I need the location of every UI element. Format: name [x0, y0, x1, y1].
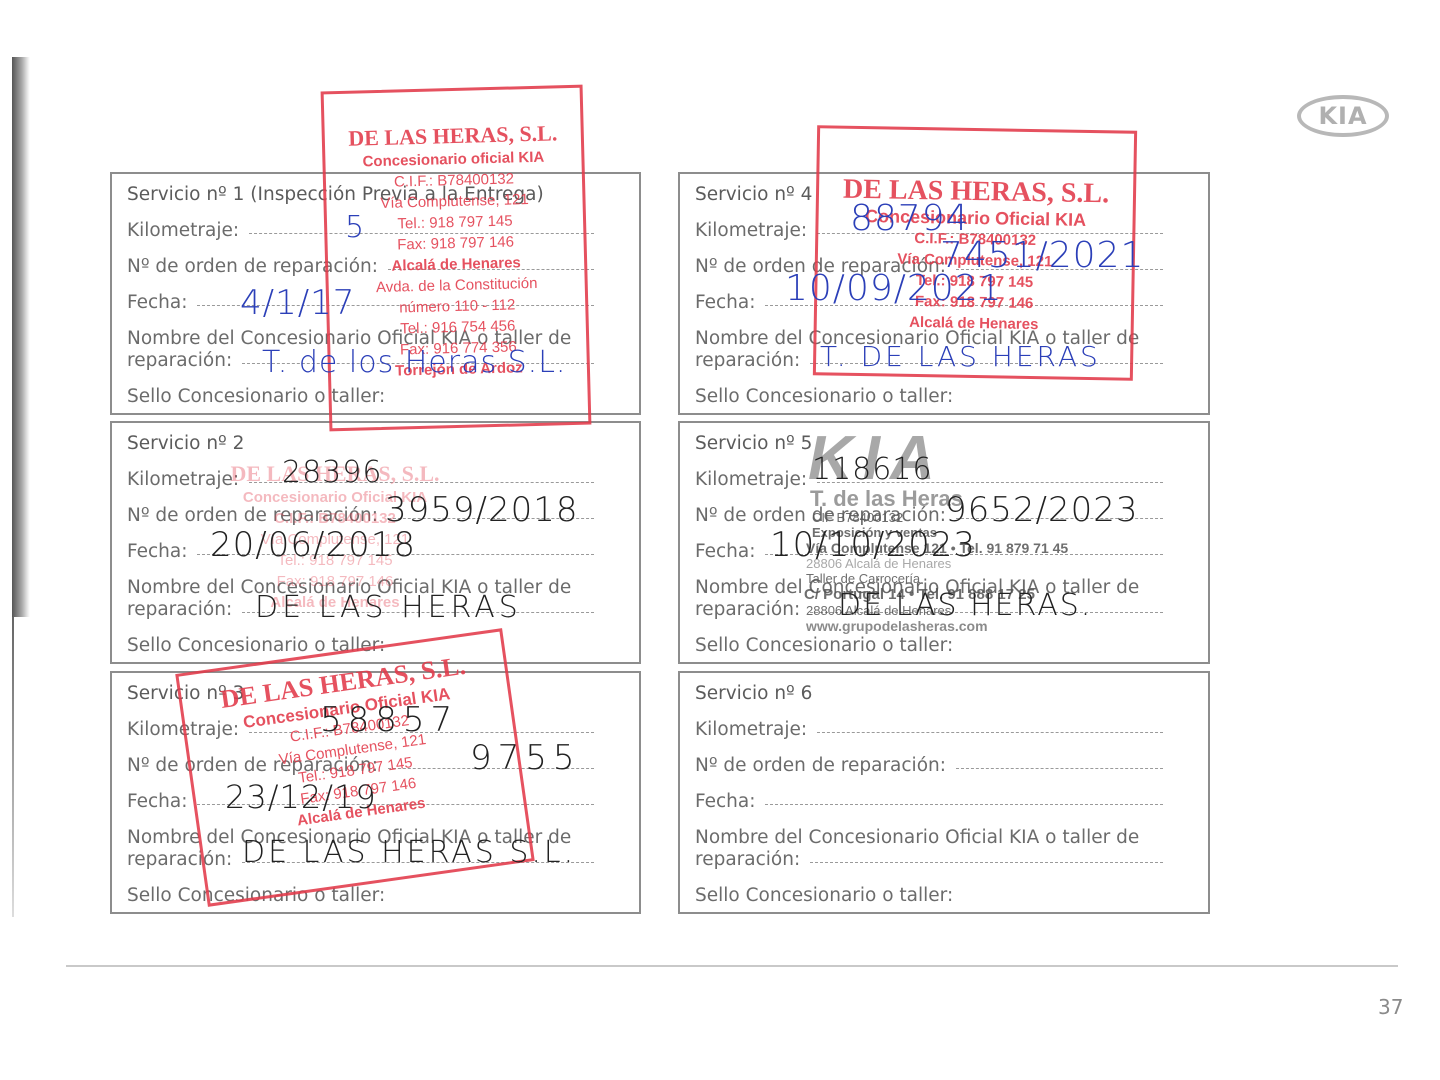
- handwritten-nombre-3: DE LAS HERAS S.L.: [242, 835, 576, 870]
- fecha-field[interactable]: Fecha:: [695, 791, 1163, 812]
- handwritten-nombre-2: DE LAS HERAS: [255, 590, 522, 625]
- page-number: 37: [1378, 995, 1403, 1019]
- service-card-6: Servicio nº 6 Kilometraje: Nº de orden d…: [678, 671, 1210, 914]
- card-title: Servicio nº 5: [695, 433, 812, 454]
- sello-label: Sello Concesionario o taller:: [127, 885, 594, 906]
- handwritten-fecha-4: 10/09/2021: [785, 268, 1003, 309]
- orden-field[interactable]: Nº de orden de reparación:: [695, 755, 1163, 776]
- kilometraje-field[interactable]: Kilometraje:: [695, 719, 1163, 740]
- handwritten-fecha-1: 4/1/17: [240, 283, 355, 323]
- handwritten-km-4: 88794: [850, 198, 970, 239]
- handwritten-fecha-2: 20/06/2018: [210, 525, 416, 565]
- card-title: Servicio nº 4: [695, 184, 812, 205]
- footer-divider: [66, 965, 1398, 967]
- handwritten-orden-2: 3959/2018: [385, 490, 579, 530]
- sello-label: Sello Concesionario o taller:: [695, 386, 1163, 407]
- sello-label: Sello Concesionario o taller:: [695, 885, 1163, 906]
- handwritten-nombre-5: DE LAS HERAS.: [838, 588, 1092, 623]
- handwritten-km-5: 118616: [812, 452, 933, 487]
- card-title: Servicio nº 6: [695, 683, 812, 704]
- handwritten-fecha-5: 10/10/2023: [770, 525, 976, 565]
- handwritten-orden-5: 9652/2023: [945, 490, 1139, 530]
- handwritten-km-3: 58857: [320, 700, 458, 740]
- handwritten-fecha-3: 23/12/19: [225, 778, 377, 816]
- handwritten-orden-3: 9755: [470, 738, 581, 778]
- handwritten-km-2: 28396: [282, 455, 382, 490]
- nombre-field[interactable]: Nombre del Concesionario Oficial KIA o t…: [695, 827, 1163, 871]
- handwritten-nombre-1: T. de los Heras S.L.: [262, 345, 566, 380]
- handwritten-km-1: 5: [345, 210, 365, 245]
- book-binding-edge: [12, 57, 30, 617]
- kia-logo: KIA: [1297, 95, 1389, 137]
- handwritten-nombre-4: T. DE LAS HERAS: [820, 340, 1101, 373]
